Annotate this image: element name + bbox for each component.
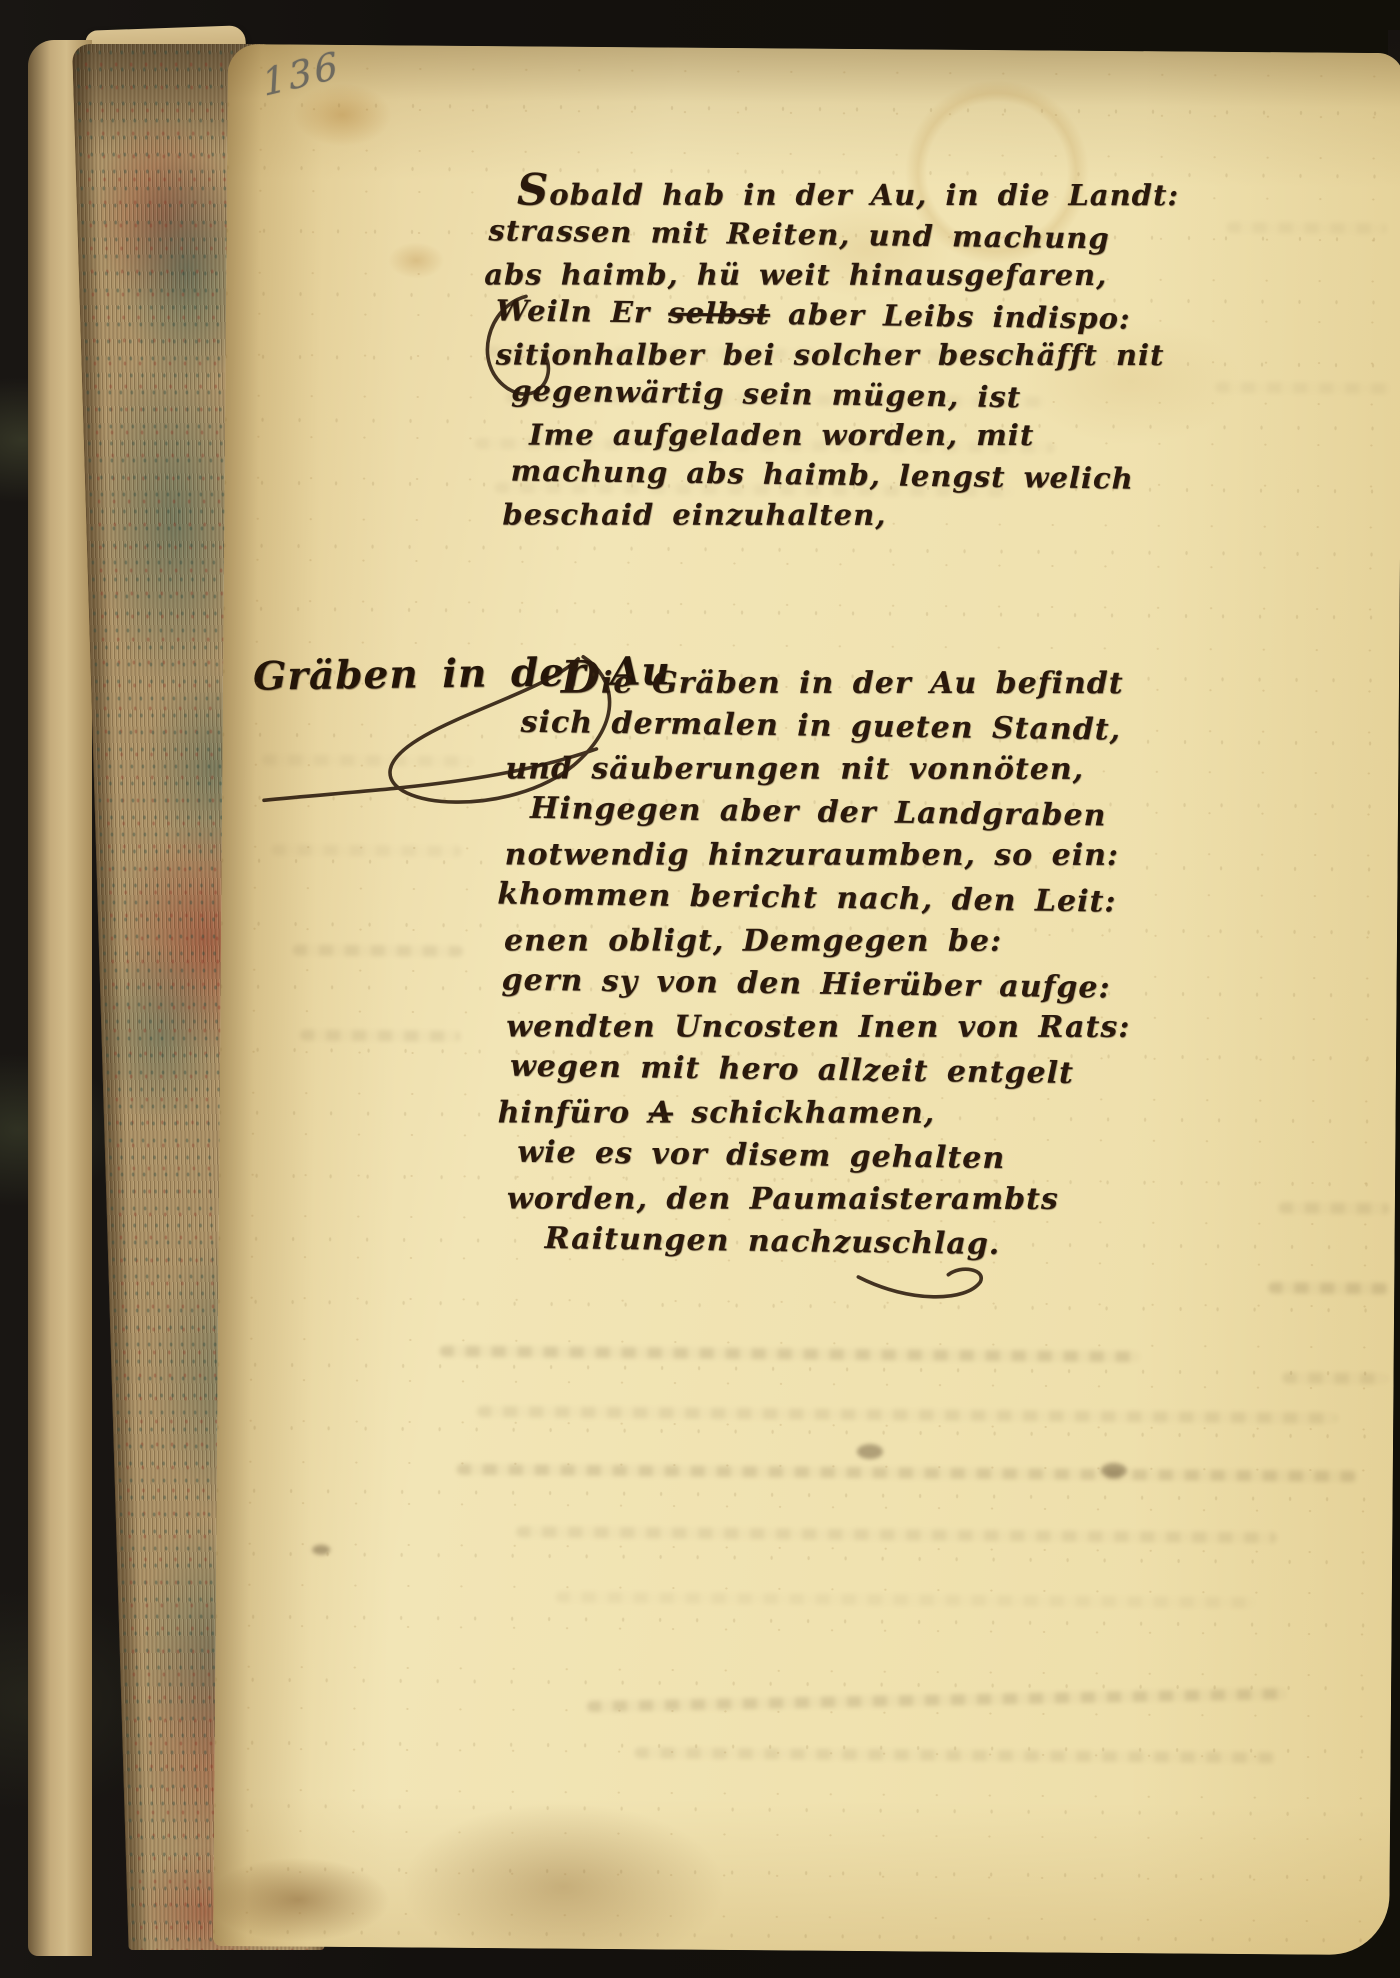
handwritten-line: Die Gräben in der Au befindt (561, 661, 1133, 705)
handwritten-line: notwendig hinzuraumben, so ein: (505, 833, 1132, 877)
end-of-paragraph-flourish (858, 1268, 981, 1297)
show-through-text (457, 1464, 1357, 1482)
show-through-text (300, 1030, 460, 1042)
handwritten-line: khommen bericht nach, den Leit: (497, 872, 1132, 923)
show-through-text (587, 1688, 1287, 1712)
handwritten-line: wegen mit hero allzeit entgelt (510, 1045, 1131, 1096)
line-segment: hinfüro (498, 1095, 649, 1130)
show-through-text (293, 945, 463, 957)
show-through-text (272, 844, 462, 856)
handwritten-line-with-strikethrough: hinfüro A schickhamen, (498, 1091, 1130, 1135)
handwritten-line: gern sy von den Hierüber aufge: (501, 959, 1131, 1010)
photograph-of-open-manuscript-book: 136 Sobald hab in der Au, in die Landt: … (0, 0, 1400, 1978)
show-through-text (477, 1406, 1337, 1424)
handwritten-line: Hingegen aber der Landgraben (530, 787, 1133, 838)
handwritten-line: strassen mit Reiten, und machung (488, 210, 1179, 259)
show-through-text (1227, 222, 1387, 234)
handwritten-line: worden, den Paumaisterambts (507, 1177, 1129, 1221)
show-through-smudge (1101, 1463, 1127, 1478)
handwritten-line: gegenwärtig sein mügen, ist (511, 370, 1178, 419)
manuscript-page: 136 Sobald hab in der Au, in die Landt: … (213, 44, 1400, 1955)
paragraph-handwritten-1: Sobald hab in der Au, in die Landt: stra… (486, 172, 1179, 537)
show-through-text (635, 1747, 1275, 1763)
show-through-text (1283, 1372, 1388, 1384)
handwritten-line: und säuberungen nit vonnöten, (505, 747, 1132, 791)
show-through-smudge (312, 1545, 330, 1555)
handwritten-line: Sobald hab in der Au, in die Landt: (517, 175, 1179, 216)
handwritten-line: abs haimb, hü weit hinausgefaren, (484, 254, 1178, 295)
show-through-text (1215, 382, 1390, 394)
struck-word: selbst (668, 296, 770, 331)
line-segment: aber Leibs indispo: (770, 297, 1131, 336)
line-segment: Weiln Er (496, 293, 669, 329)
handwritten-line-with-strikethrough: Weiln Er selbst aber Leibs indispo: (496, 290, 1179, 339)
show-through-text (556, 1592, 1256, 1608)
show-through-smudge (857, 1444, 883, 1459)
show-through-text (1279, 1202, 1389, 1214)
handwritten-line: beschaid einzuhalten, (502, 495, 1176, 536)
handwritten-line: wie es vor disem gehalten (517, 1131, 1130, 1182)
line-segment: schickhamen, (673, 1096, 935, 1131)
paragraph-handwritten-2: Die Gräben in der Au befindt sich dermal… (498, 658, 1133, 1266)
show-through-text (1268, 1282, 1388, 1294)
page-number-pencil: 136 (260, 44, 343, 105)
handwritten-line: enen obligt, Demgegen be: (504, 919, 1131, 963)
handwritten-line: machung abs haimb, lengst welich (510, 450, 1177, 499)
handwritten-line: Raitungen nachzuschlag. (544, 1217, 1129, 1268)
handwritten-line: wendten Uncosten Inen von Rats: (506, 1005, 1130, 1049)
handwritten-line: Ime aufgeladen worden, mit (529, 415, 1177, 456)
show-through-text (262, 754, 472, 767)
show-through-text (516, 1526, 1276, 1543)
handwritten-line: sich dermalen in gueten Standt, (520, 701, 1133, 752)
struck-word: A (649, 1095, 673, 1130)
handwritten-line: sitionhalber bei solcher beschäfft nit (496, 334, 1178, 375)
show-through-text (440, 1346, 1140, 1362)
